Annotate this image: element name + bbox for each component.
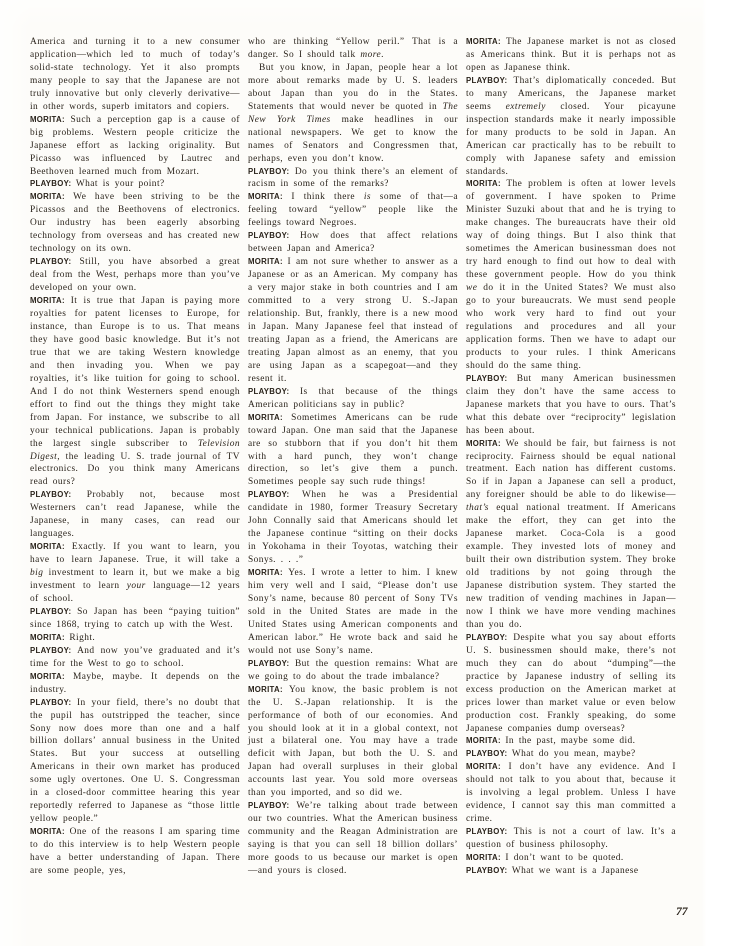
speaker-label: PLAYBOY: bbox=[30, 490, 87, 499]
italic-text: your bbox=[127, 581, 146, 591]
body-text: But many American businessmen claim they… bbox=[466, 374, 676, 436]
paragraph: PLAYBOY: Is that because of the things A… bbox=[248, 386, 458, 412]
paragraph: PLAYBOY: What is your point? bbox=[30, 178, 240, 191]
speaker-label: MORITA: bbox=[466, 439, 506, 448]
paragraph: MORITA: Such a perception gap is a cause… bbox=[30, 114, 240, 179]
speaker-label: PLAYBOY: bbox=[30, 646, 77, 655]
italic-text: that’s bbox=[466, 503, 489, 513]
speaker-label: PLAYBOY: bbox=[466, 866, 512, 875]
body-text: When he was a Presidential candidate in … bbox=[248, 490, 458, 565]
speaker-label: PLAYBOY: bbox=[30, 698, 77, 707]
paragraph: MORITA: Sometimes Americans can be rude … bbox=[248, 412, 458, 490]
paragraph: MORITA: Exactly. If you want to learn, y… bbox=[30, 541, 240, 606]
speaker-label: PLAYBOY: bbox=[248, 659, 295, 668]
body-text: You know, the basic problem is not the U… bbox=[248, 685, 458, 799]
paragraph: But you know, in Japan, people hear a lo… bbox=[248, 62, 458, 166]
paragraph: PLAYBOY: In your field, there’s no doubt… bbox=[30, 697, 240, 827]
paragraph: MORITA: We have been striving to be the … bbox=[30, 191, 240, 256]
body-text: equal national treatment. If Americans m… bbox=[466, 503, 676, 630]
paragraph: MORITA: One of the reasons I am sparing … bbox=[30, 826, 240, 878]
speaker-label: PLAYBOY: bbox=[248, 387, 300, 396]
paragraph: MORITA: You know, the basic problem is n… bbox=[248, 684, 458, 801]
paragraph: MORITA: Right. bbox=[30, 632, 240, 645]
speaker-label: MORITA: bbox=[466, 179, 506, 188]
paragraph: America and turning it to a new consumer… bbox=[30, 36, 240, 114]
speaker-label: PLAYBOY: bbox=[466, 749, 512, 758]
speaker-label: MORITA: bbox=[30, 296, 71, 305]
paragraph: who are thinking “Yellow peril.” That is… bbox=[248, 36, 458, 62]
paragraph: PLAYBOY: We’re talking about trade betwe… bbox=[248, 800, 458, 878]
paragraph: PLAYBOY: Probably not, because most West… bbox=[30, 489, 240, 541]
body-text: who are thinking “Yellow peril.” That is… bbox=[248, 37, 458, 60]
body-text: In the past, maybe some did. bbox=[505, 736, 635, 746]
paragraph: PLAYBOY: So Japan has been “paying tuiti… bbox=[30, 606, 240, 632]
body-text: I don’t have any evidence. And I should … bbox=[466, 762, 676, 824]
speaker-label: MORITA: bbox=[30, 115, 71, 124]
body-text: In your field, there’s no doubt that the… bbox=[30, 698, 240, 825]
body-text: , the leading U. S. trade journal of TV … bbox=[30, 452, 240, 488]
paragraph: MORITA: Maybe, maybe. It depends on the … bbox=[30, 671, 240, 697]
speaker-label: MORITA: bbox=[466, 736, 505, 745]
body-text: What do you mean, maybe? bbox=[512, 749, 636, 759]
body-text: Despite what you say about efforts U. S.… bbox=[466, 633, 676, 734]
speaker-label: PLAYBOY: bbox=[466, 827, 514, 836]
speaker-label: MORITA: bbox=[466, 762, 508, 771]
paragraph: MORITA: It is true that Japan is paying … bbox=[30, 295, 240, 489]
paragraph: MORITA: I don’t have any evidence. And I… bbox=[466, 761, 676, 826]
speaker-label: MORITA: bbox=[30, 827, 70, 836]
speaker-label: MORITA: bbox=[30, 542, 72, 551]
paragraph: MORITA: We should be fair, but fairness … bbox=[466, 438, 676, 632]
speaker-label: MORITA: bbox=[30, 672, 73, 681]
body-text: I don’t want to be quoted. bbox=[505, 853, 623, 863]
paragraph: PLAYBOY: How does that affect relations … bbox=[248, 230, 458, 256]
page-number: 77 bbox=[676, 906, 688, 918]
speaker-label: MORITA: bbox=[248, 568, 288, 577]
body-text: We’re talking about trade between our tw… bbox=[248, 801, 458, 876]
italic-text: we bbox=[466, 283, 477, 293]
column-1: America and turning it to a new consumer… bbox=[30, 36, 240, 878]
speaker-label: MORITA: bbox=[30, 192, 73, 201]
speaker-label: MORITA: bbox=[30, 633, 69, 642]
paragraph: PLAYBOY: Despite what you say about effo… bbox=[466, 632, 676, 736]
speaker-label: PLAYBOY: bbox=[248, 801, 296, 810]
paragraph: PLAYBOY: But many American businessmen c… bbox=[466, 373, 676, 438]
column-2: who are thinking “Yellow peril.” That is… bbox=[248, 36, 458, 878]
paragraph: MORITA: I think there is some of that—a … bbox=[248, 191, 458, 230]
body-text: . bbox=[381, 50, 384, 60]
body-text: America and turning it to a new consumer… bbox=[30, 37, 240, 112]
speaker-label: PLAYBOY: bbox=[466, 76, 513, 85]
speaker-label: PLAYBOY: bbox=[248, 490, 302, 499]
body-text: Yes. I wrote a letter to him. I knew him… bbox=[248, 568, 458, 656]
paragraph: PLAYBOY: That’s diplomatically conceded.… bbox=[466, 75, 676, 179]
paragraph: MORITA: Yes. I wrote a letter to him. I … bbox=[248, 567, 458, 658]
speaker-label: MORITA: bbox=[248, 685, 289, 694]
speaker-label: MORITA: bbox=[248, 413, 291, 422]
paragraph: PLAYBOY: This is not a court of law. It’… bbox=[466, 826, 676, 852]
italic-text: big bbox=[30, 568, 43, 578]
speaker-label: PLAYBOY: bbox=[466, 374, 517, 383]
speaker-label: MORITA: bbox=[248, 257, 288, 266]
body-text: What we want is a Japanese bbox=[512, 866, 639, 876]
speaker-label: PLAYBOY: bbox=[30, 607, 77, 616]
body-text: Right. bbox=[69, 633, 95, 643]
paragraph: PLAYBOY: Do you think there’s an element… bbox=[248, 166, 458, 192]
body-text: I think there bbox=[291, 192, 363, 202]
paragraph: MORITA: I don’t want to be quoted. bbox=[466, 852, 676, 865]
paragraph: MORITA: The Japanese market is not as cl… bbox=[466, 36, 676, 75]
paragraph: PLAYBOY: Still, you have absorbed a grea… bbox=[30, 256, 240, 295]
paragraph: PLAYBOY: What we want is a Japanese bbox=[466, 865, 676, 878]
speaker-label: PLAYBOY: bbox=[30, 179, 76, 188]
paragraph: PLAYBOY: But the question remains: What … bbox=[248, 658, 458, 684]
speaker-label: PLAYBOY: bbox=[248, 167, 295, 176]
paragraph: MORITA: The problem is often at lower le… bbox=[466, 178, 676, 372]
speaker-label: PLAYBOY: bbox=[248, 231, 300, 240]
paragraph: MORITA: In the past, maybe some did. bbox=[466, 735, 676, 748]
magazine-page: America and turning it to a new consumer… bbox=[0, 0, 730, 946]
speaker-label: PLAYBOY: bbox=[30, 257, 79, 266]
paragraph: MORITA: I am not sure whether to answer … bbox=[248, 256, 458, 386]
body-text: It is true that Japan is paying more roy… bbox=[30, 296, 240, 448]
body-text: do it in the United States? We must also… bbox=[466, 283, 676, 371]
italic-text: is bbox=[364, 192, 371, 202]
column-3: MORITA: The Japanese market is not as cl… bbox=[466, 36, 676, 878]
speaker-label: PLAYBOY: bbox=[466, 633, 513, 642]
speaker-label: MORITA: bbox=[248, 192, 291, 201]
italic-text: extremely bbox=[506, 102, 546, 112]
italic-text: more bbox=[360, 50, 381, 60]
body-text: closed. Your picayune inspection standar… bbox=[466, 102, 676, 177]
paragraph: PLAYBOY: When he was a Presidential cand… bbox=[248, 489, 458, 567]
body-text: I am not sure whether to answer as a Jap… bbox=[248, 257, 458, 384]
body-text: What is your point? bbox=[76, 179, 165, 189]
body-text: We have been striving to be the Picassos… bbox=[30, 192, 240, 254]
text-columns: America and turning it to a new consumer… bbox=[30, 36, 676, 878]
body-text: But you know, in Japan, people hear a lo… bbox=[248, 63, 458, 112]
speaker-label: MORITA: bbox=[466, 37, 506, 46]
body-text: Sometimes Americans can be rude toward J… bbox=[248, 413, 458, 488]
paragraph: PLAYBOY: And now you’ve graduated and it… bbox=[30, 645, 240, 671]
paragraph: PLAYBOY: What do you mean, maybe? bbox=[466, 748, 676, 761]
body-text: The problem is often at lower levels of … bbox=[466, 179, 676, 280]
speaker-label: MORITA: bbox=[466, 853, 505, 862]
